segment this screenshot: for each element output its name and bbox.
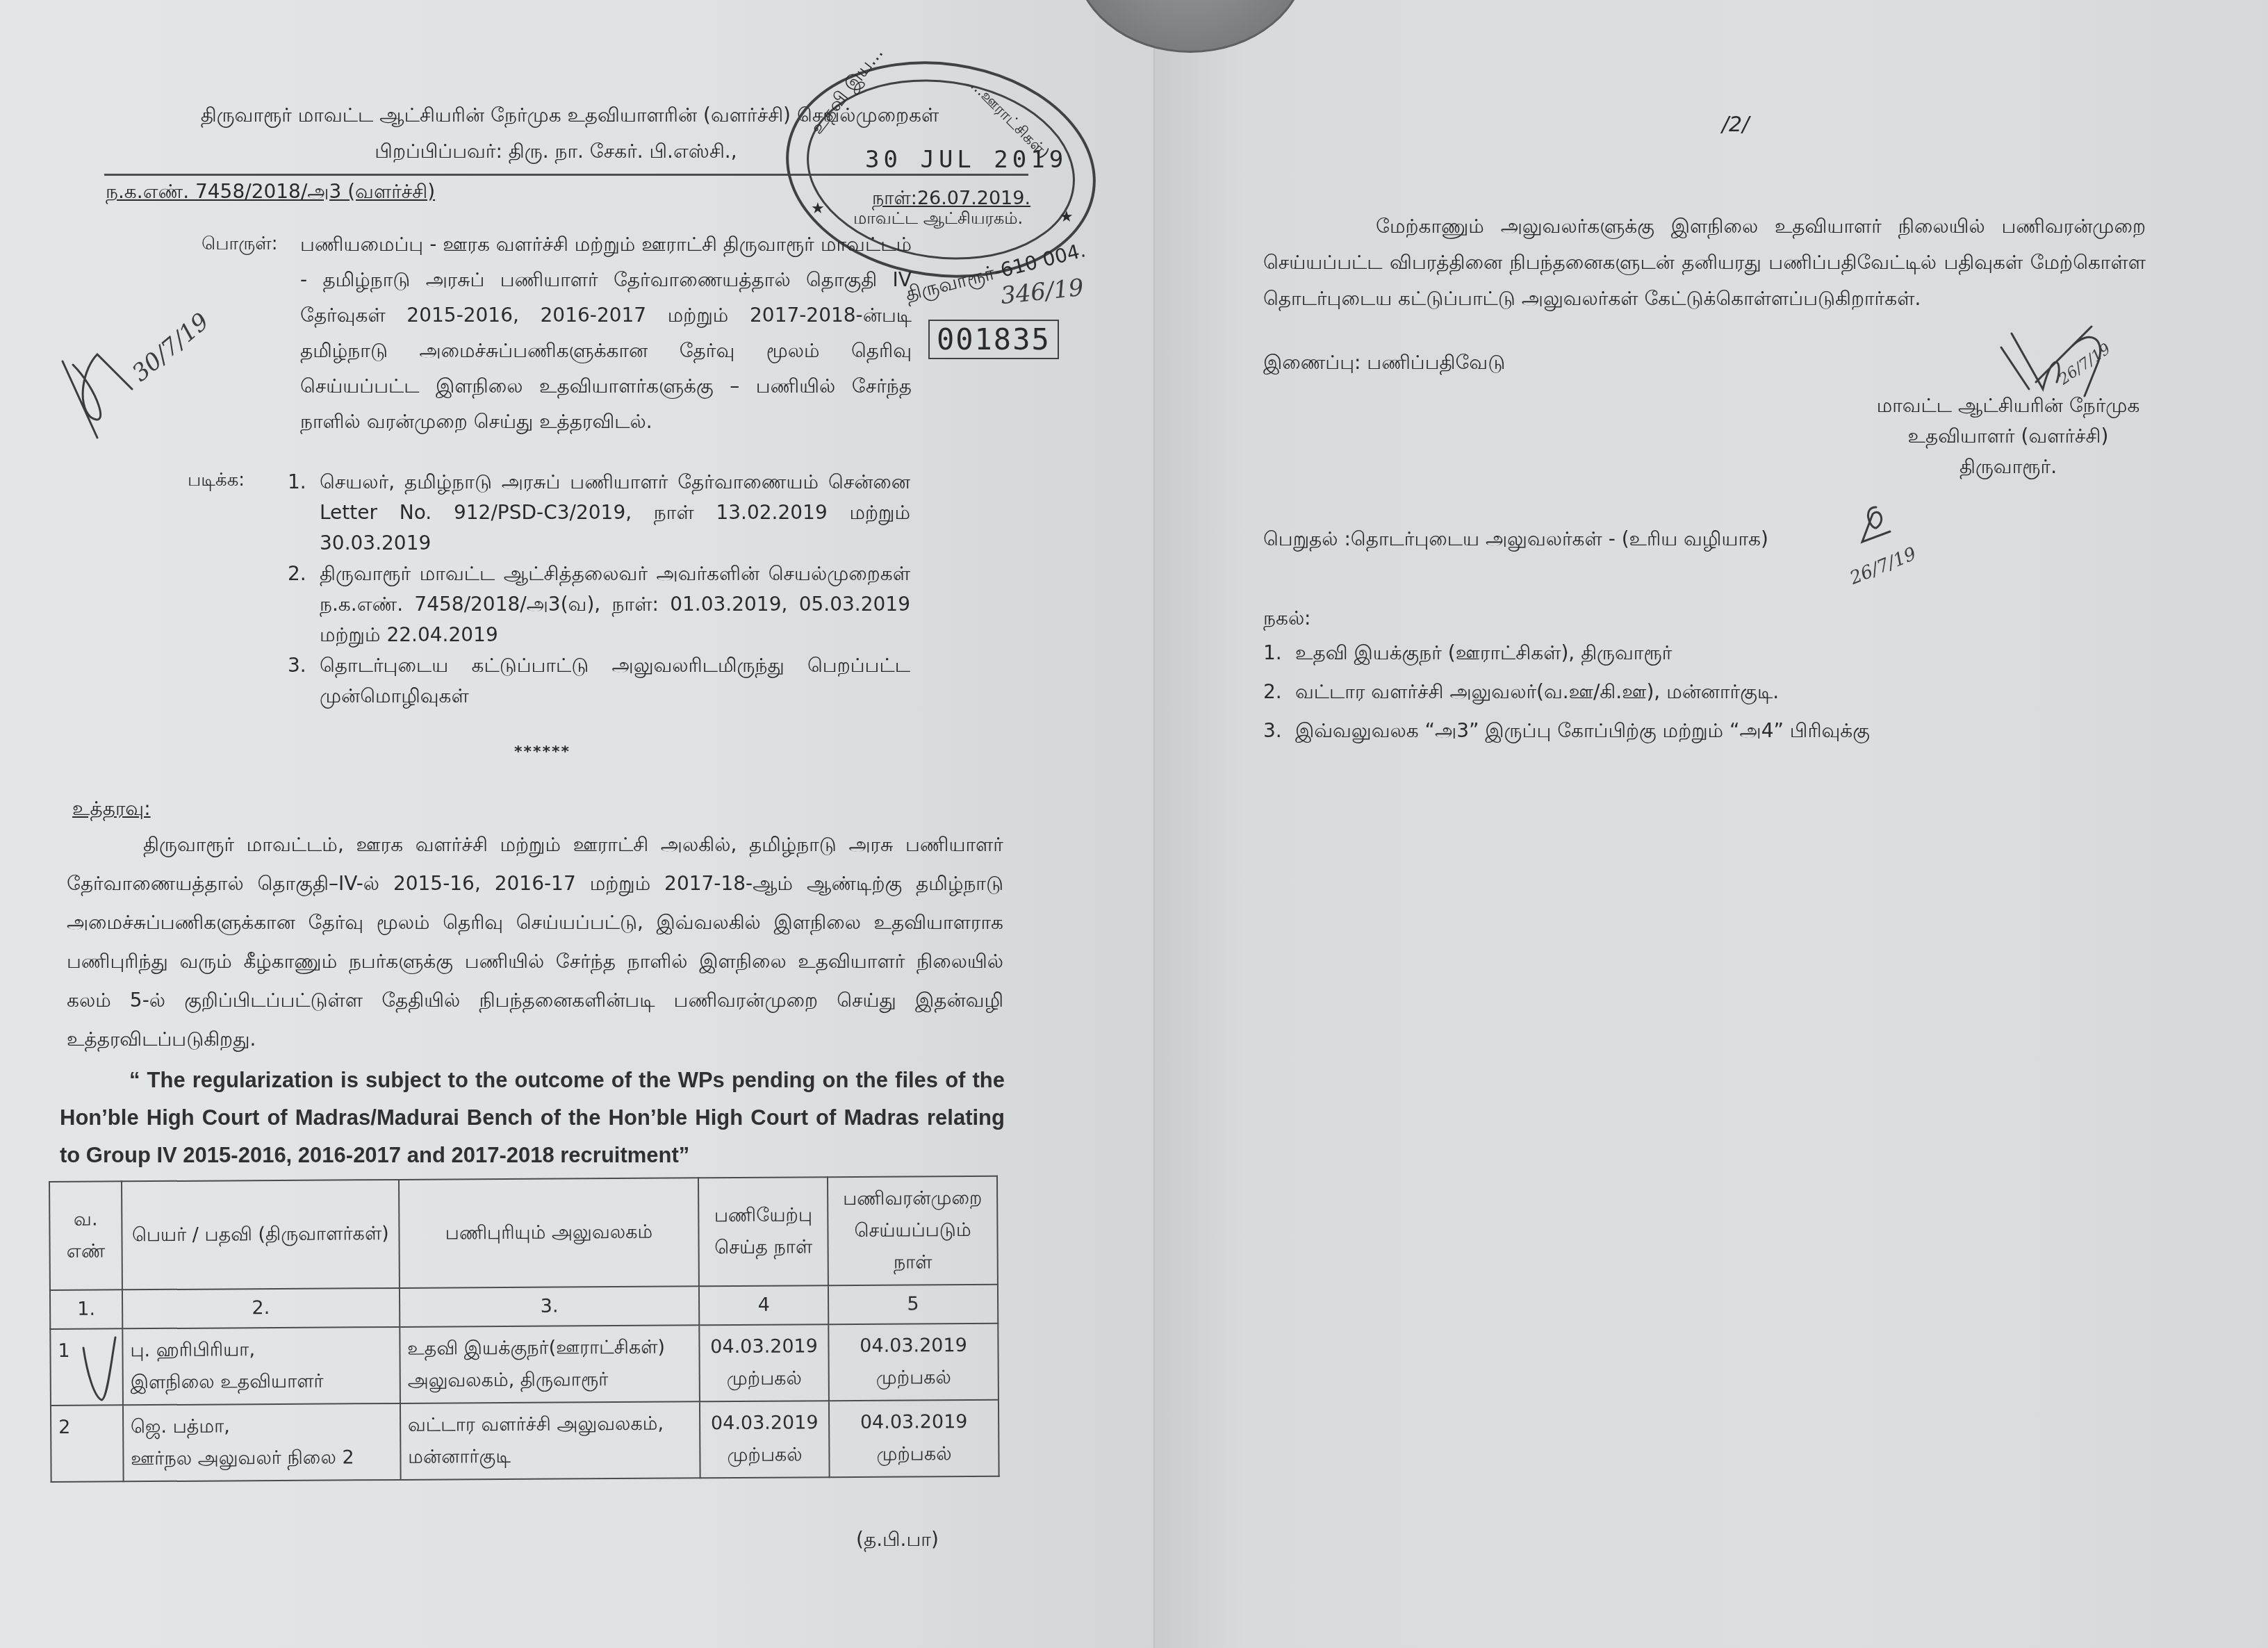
order-heading: உத்தரவு:: [72, 796, 151, 821]
continued-marker: (த.பி.பா): [856, 1527, 939, 1552]
page-divider: [1153, 0, 1155, 1648]
recipient-initials: [1855, 500, 1897, 556]
stamp-star-icon: ★: [1060, 208, 1074, 226]
order-body: திருவாரூர் மாவட்டம், ஊரக வளர்ச்சி மற்றும…: [67, 825, 1003, 1059]
col-header-joined: பணியேற்பு செய்த நாள்: [698, 1177, 828, 1286]
stamp-received-date: 30 JUL 2019: [865, 146, 1067, 174]
column-number-row: 1. 2. 3. 4 5: [50, 1285, 998, 1329]
subject-label: பொருள்:: [202, 233, 277, 256]
col-header-sno: வ. எண்: [49, 1181, 122, 1290]
reference-item: 2.திருவாரூர் மாவட்ட ஆட்சித்தலைவர் அவர்கள…: [288, 559, 910, 650]
reference-list: 1.செயலர், தமிழ்நாடு அரசுப் பணியாளர் தேர்…: [288, 467, 910, 711]
copy-item: 3.இவ்வலுவலக “அ3” இருப்பு கோப்பிற்கு மற்ற…: [1263, 711, 2097, 750]
register-number: 001835: [928, 320, 1059, 359]
reference-item: 3.தொடர்புடைய கட்டுப்பாட்டு அலுவலரிடமிருந…: [288, 650, 910, 711]
table-row: 2 ஜெ. பத்மா,ஊர்நல அலுவலர் நிலை 2 வட்டார …: [51, 1400, 999, 1482]
col-header-name: பெயர் / பதவி (திருவாளர்கள்): [122, 1180, 400, 1289]
recipient-line: பெறுதல் :தொடர்புடைய அலுவலர்கள் - (உரிய வ…: [1263, 527, 1768, 552]
tick-mark-icon: [81, 1334, 122, 1396]
reference-label: படிக்க:: [188, 470, 245, 493]
col-header-regularized: பணிவரன்முறை செய்யப்படும் நாள்: [828, 1176, 998, 1285]
copy-item: 2.வட்டார வளர்ச்சி அலுவலர்(வ.ஊ/கி.ஊ), மன்…: [1263, 673, 2097, 711]
subject-text: பணியமைப்பு - ஊரக வளர்ச்சி மற்றும் ஊராட்ச…: [300, 226, 912, 439]
col-header-office: பணிபுரியும் அலுவலகம்: [399, 1178, 699, 1288]
enclosure: இணைப்பு: பணிப்பதிவேடு: [1263, 350, 1505, 375]
copy-item: 1.உதவி இயக்குநர் (ஊராட்சிகள்), திருவாரூர…: [1263, 634, 2097, 673]
separator: ******: [514, 743, 570, 761]
instruction-paragraph: மேற்காணும் அலுவலர்களுக்கு இளநிலை உதவியாள…: [1263, 208, 2146, 317]
page-number: /2/: [1722, 113, 1749, 137]
table-header-row: வ. எண் பெயர் / பதவி (திருவாளர்கள்) பணிபு…: [49, 1176, 998, 1290]
header-issuer: பிறப்பிப்பவர்: திரு. நா. சேகர். பி.எஸ்சி…: [292, 139, 820, 164]
copy-label: நகல்:: [1263, 606, 1311, 631]
table-row: 1 பு. ஹரிபிரியா,இளநிலை உதவியாளர் உதவி இய…: [50, 1324, 999, 1406]
copy-list: 1.உதவி இயக்குநர் (ஊராட்சிகள்), திருவாரூர…: [1263, 634, 2097, 750]
staff-table: வ. எண் பெயர் / பதவி (திருவாளர்கள்) பணிபு…: [49, 1176, 1000, 1483]
stamp-star-icon: ★: [811, 200, 825, 217]
regularization-note: “ The regularization is subject to the o…: [60, 1062, 1005, 1174]
reference-item: 1.செயலர், தமிழ்நாடு அரசுப் பணியாளர் தேர்…: [288, 467, 910, 559]
signatory-block: மாவட்ட ஆட்சியரின் நேர்முக உதவியாளர் (வளர…: [1862, 390, 2154, 482]
reference-number: ந.க.எண். 7458/2018/அ3 (வளர்ச்சி): [106, 179, 435, 204]
